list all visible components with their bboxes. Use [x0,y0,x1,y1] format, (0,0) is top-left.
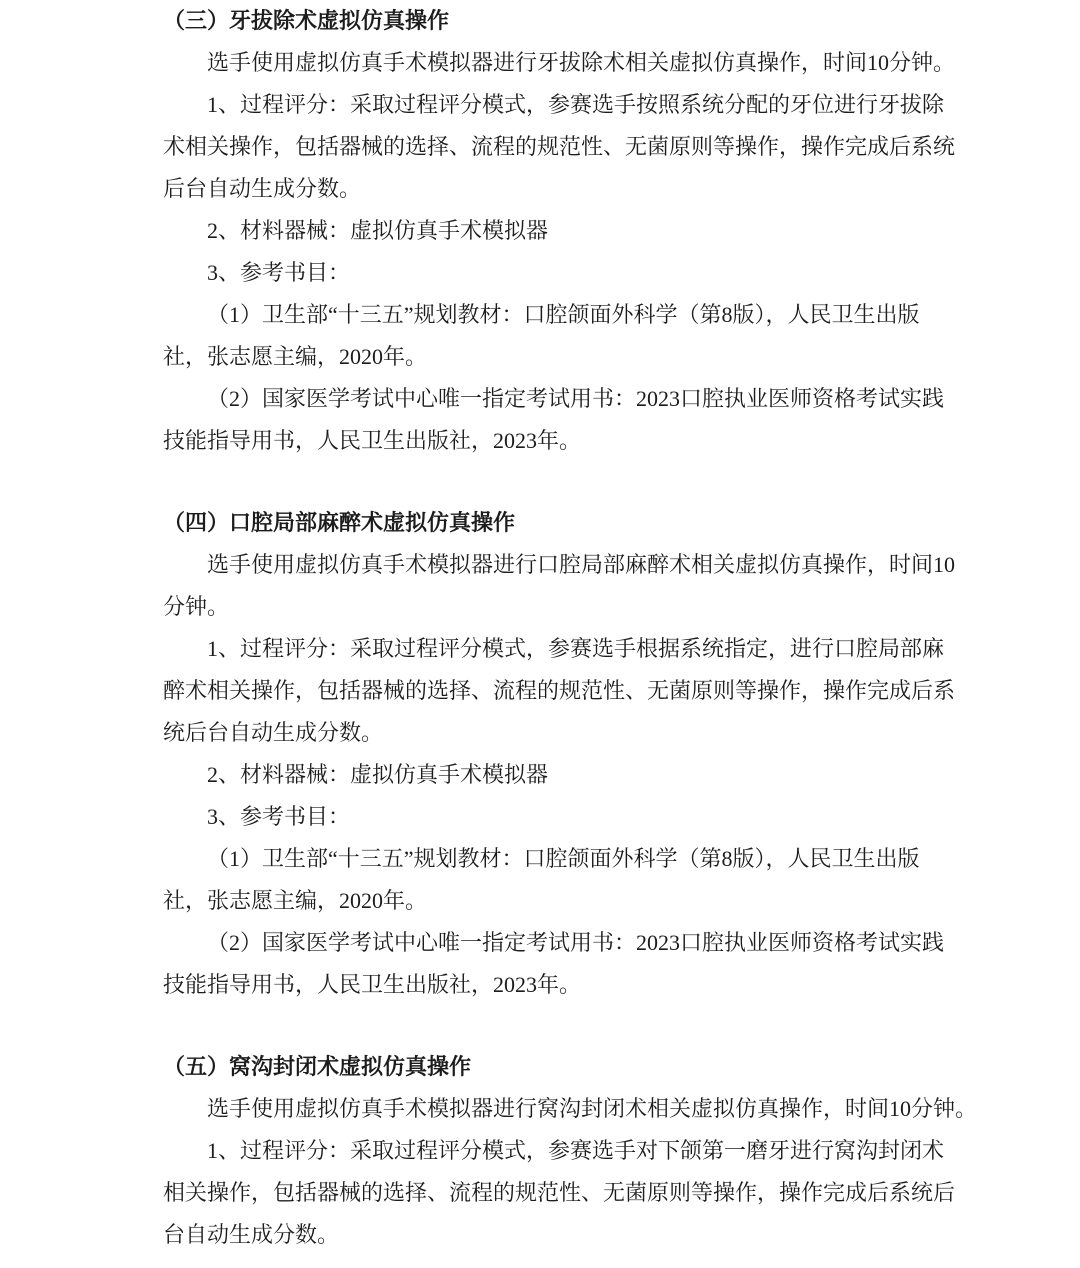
text-line: 1、过程评分：采取过程评分模式，参赛选手按照系统分配的牙位进行牙拔除 [163,84,963,126]
paragraph: （2）国家医学考试中心唯一指定考试用书：2023口腔执业医师资格考试实践技能指导… [163,922,963,1006]
text-line: 2、材料器械：虚拟仿真手术模拟器 [163,754,963,796]
text-line: 3、参考书目： [163,252,963,294]
text-line: 1、过程评分：采取过程评分模式，参赛选手根据系统指定，进行口腔局部麻 [163,628,963,670]
document-page: （三）牙拔除术虚拟仿真操作选手使用虚拟仿真手术模拟器进行牙拔除术相关虚拟仿真操作… [0,0,1080,1268]
text-line: 台自动生成分数。 [163,1214,963,1256]
text-line: （1）卫生部“十三五”规划教材：口腔颌面外科学（第8版），人民卫生出版 [163,294,963,336]
paragraph: 选手使用虚拟仿真手术模拟器进行窝沟封闭术相关虚拟仿真操作，时间10分钟。 [163,1088,963,1130]
document-body: （三）牙拔除术虚拟仿真操作选手使用虚拟仿真手术模拟器进行牙拔除术相关虚拟仿真操作… [163,0,963,1256]
text-line: （2）国家医学考试中心唯一指定考试用书：2023口腔执业医师资格考试实践 [163,378,963,420]
text-line: 选手使用虚拟仿真手术模拟器进行牙拔除术相关虚拟仿真操作，时间10分钟。 [163,42,963,84]
text-line: 社，张志愿主编，2020年。 [163,336,963,378]
paragraph: （2）国家医学考试中心唯一指定考试用书：2023口腔执业医师资格考试实践技能指导… [163,378,963,462]
section-3: （三）牙拔除术虚拟仿真操作选手使用虚拟仿真手术模拟器进行牙拔除术相关虚拟仿真操作… [163,0,963,462]
paragraph: 1、过程评分：采取过程评分模式，参赛选手对下颌第一磨牙进行窝沟封闭术相关操作，包… [163,1130,963,1256]
text-line: 分钟。 [163,586,963,628]
paragraph: 2、材料器械：虚拟仿真手术模拟器 [163,754,963,796]
paragraph: 2、材料器械：虚拟仿真手术模拟器 [163,210,963,252]
text-line: 后台自动生成分数。 [163,168,963,210]
paragraph: 选手使用虚拟仿真手术模拟器进行牙拔除术相关虚拟仿真操作，时间10分钟。 [163,42,963,84]
text-line: 社，张志愿主编，2020年。 [163,880,963,922]
section-heading: （四）口腔局部麻醉术虚拟仿真操作 [163,502,963,544]
paragraph: 3、参考书目： [163,796,963,838]
section-5: （五）窝沟封闭术虚拟仿真操作选手使用虚拟仿真手术模拟器进行窝沟封闭术相关虚拟仿真… [163,1046,963,1256]
paragraph: 1、过程评分：采取过程评分模式，参赛选手根据系统指定，进行口腔局部麻醉术相关操作… [163,628,963,754]
text-line: 统后台自动生成分数。 [163,712,963,754]
text-line: 1、过程评分：采取过程评分模式，参赛选手对下颌第一磨牙进行窝沟封闭术 [163,1130,963,1172]
text-line: 相关操作，包括器械的选择、流程的规范性、无菌原则等操作，操作完成后系统后 [163,1172,963,1214]
section-4: （四）口腔局部麻醉术虚拟仿真操作选手使用虚拟仿真手术模拟器进行口腔局部麻醉术相关… [163,502,963,1006]
paragraph: 3、参考书目： [163,252,963,294]
text-line: 2、材料器械：虚拟仿真手术模拟器 [163,210,963,252]
text-line: 选手使用虚拟仿真手术模拟器进行窝沟封闭术相关虚拟仿真操作，时间10分钟。 [163,1088,963,1130]
text-line: 技能指导用书，人民卫生出版社，2023年。 [163,420,963,462]
paragraph: 1、过程评分：采取过程评分模式，参赛选手按照系统分配的牙位进行牙拔除术相关操作，… [163,84,963,210]
text-line: 技能指导用书，人民卫生出版社，2023年。 [163,964,963,1006]
text-line: 3、参考书目： [163,796,963,838]
text-line: （1）卫生部“十三五”规划教材：口腔颌面外科学（第8版），人民卫生出版 [163,838,963,880]
text-line: （2）国家医学考试中心唯一指定考试用书：2023口腔执业医师资格考试实践 [163,922,963,964]
text-line: 醉术相关操作，包括器械的选择、流程的规范性、无菌原则等操作，操作完成后系 [163,670,963,712]
paragraph: （1）卫生部“十三五”规划教材：口腔颌面外科学（第8版），人民卫生出版社，张志愿… [163,838,963,922]
paragraph: （1）卫生部“十三五”规划教材：口腔颌面外科学（第8版），人民卫生出版社，张志愿… [163,294,963,378]
section-heading: （三）牙拔除术虚拟仿真操作 [163,0,963,42]
text-line: 术相关操作，包括器械的选择、流程的规范性、无菌原则等操作，操作完成后系统 [163,126,963,168]
section-heading: （五）窝沟封闭术虚拟仿真操作 [163,1046,963,1088]
paragraph: 选手使用虚拟仿真手术模拟器进行口腔局部麻醉术相关虚拟仿真操作，时间10分钟。 [163,544,963,628]
text-line: 选手使用虚拟仿真手术模拟器进行口腔局部麻醉术相关虚拟仿真操作，时间10 [163,544,963,586]
